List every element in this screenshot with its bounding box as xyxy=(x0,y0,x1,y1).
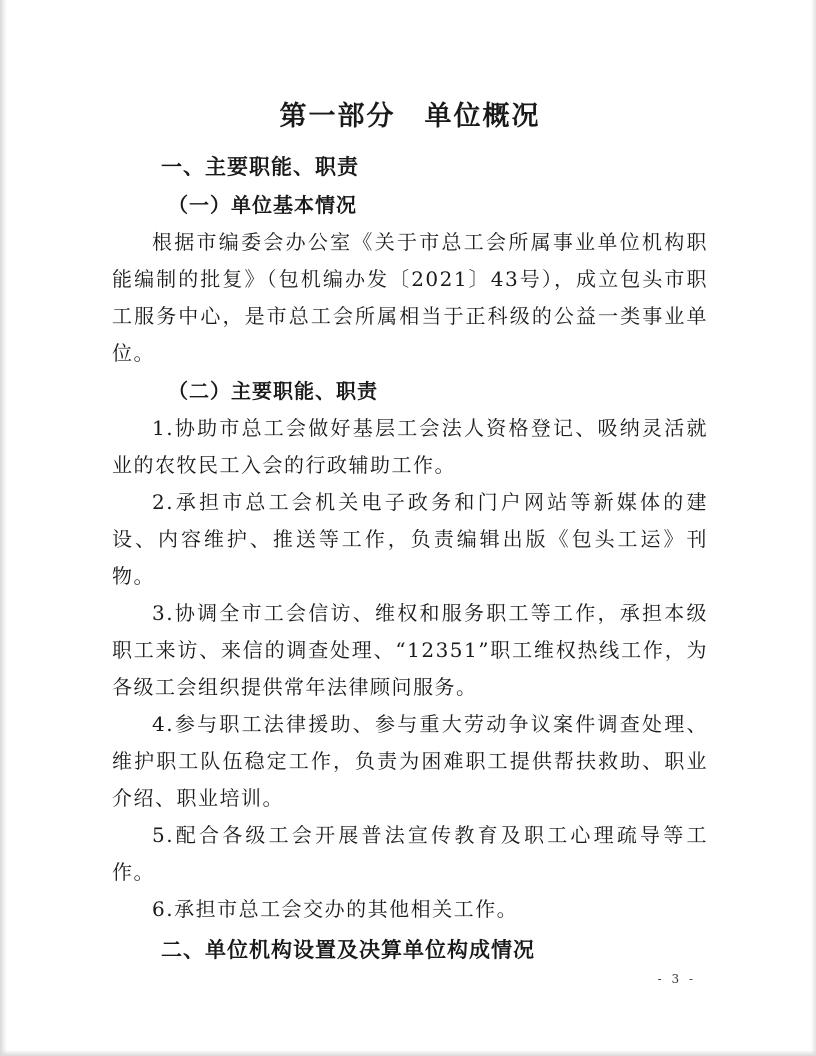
scan-artifact-bottom-edge xyxy=(0,1050,816,1056)
scan-artifact-left-edge xyxy=(0,0,7,1056)
paragraph-duty-2: 2.承担市总工会机关电子政务和门户网站等新媒体的建设、内容维护、推送等工作，负责… xyxy=(112,484,708,595)
subsection-heading-duties: （二）主要职能、职责 xyxy=(112,372,708,410)
paragraph-duty-3: 3.协调全市工会信访、维权和服务职工等工作，承担本级职工来访、来信的调查处理、“… xyxy=(112,595,708,706)
section-heading-org-structure: 二、单位机构设置及决算单位构成情况 xyxy=(112,931,708,969)
scan-artifact-right-edge xyxy=(811,0,816,1056)
document-title: 第一部分 单位概况 xyxy=(112,96,708,138)
paragraph-basic-info: 根据市编委会办公室《关于市总工会所属事业单位机构职能编制的批复》（包机编办发〔2… xyxy=(112,224,708,372)
page-number: - 3 - xyxy=(658,972,696,986)
paragraph-duty-6: 6.承担市总工会交办的其他相关工作。 xyxy=(112,891,708,928)
paragraph-duty-5: 5.配合各级工会开展普法宣传教育及职工心理疏导等工作。 xyxy=(112,817,708,891)
subsection-heading-basic-info: （一）单位基本情况 xyxy=(112,186,708,224)
document-page: 第一部分 单位概况 一、主要职能、职责 （一）单位基本情况 根据市编委会办公室《… xyxy=(0,0,816,1056)
document-content: 第一部分 单位概况 一、主要职能、职责 （一）单位基本情况 根据市编委会办公室《… xyxy=(112,96,708,969)
paragraph-duty-4: 4.参与职工法律援助、参与重大劳动争议案件调查处理、维护职工队伍稳定工作，负责为… xyxy=(112,706,708,817)
paragraph-duty-1: 1.协助市总工会做好基层工会法人资格登记、吸纳灵活就业的农牧民工入会的行政辅助工… xyxy=(112,410,708,484)
section-heading-main-duties: 一、主要职能、职责 xyxy=(112,148,708,186)
